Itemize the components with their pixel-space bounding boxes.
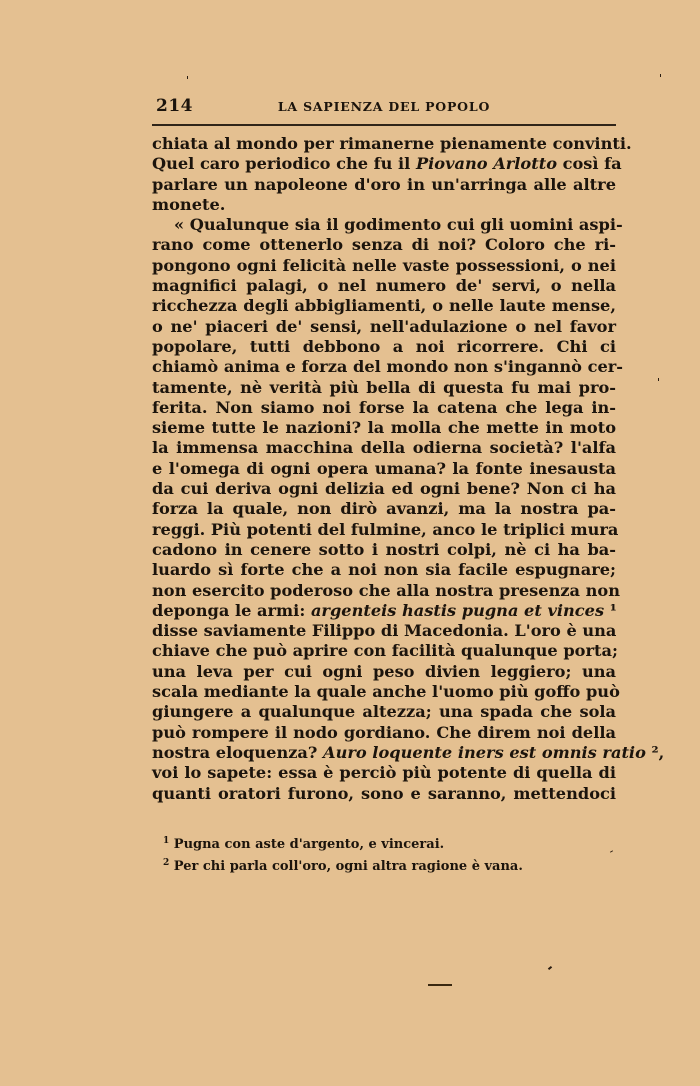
text-line: sieme tutte le nazioni? la molla che met…: [152, 418, 616, 438]
text-line: una leva per cui ogni peso divien leggie…: [152, 662, 616, 682]
text-line: chiamò anima e forza del mondo non s'ing…: [152, 357, 616, 377]
text-line: disse saviamente Filippo di Macedonia. L…: [152, 621, 616, 641]
text-line: scala mediante la quale anche l'uomo più…: [152, 682, 616, 702]
text-line: da cui deriva ogni delizia ed ogni bene?…: [152, 479, 616, 499]
footnote: 2 Per chi parla coll'oro, ogni altra rag…: [163, 854, 523, 876]
text-line: chiata al mondo per rimanerne pienamente…: [152, 134, 616, 154]
text-line: Quel caro periodico che fu il Piovano Ar…: [152, 154, 616, 174]
text-line: rano come ottenerlo senza di noi? Coloro…: [152, 235, 616, 255]
text-line: ricchezza degli abbigliamenti, o nelle l…: [152, 296, 616, 316]
text-line: può rompere il nodo gordiano. Che direm …: [152, 723, 616, 743]
latin-quote: Piovano Arlotto: [416, 154, 557, 173]
text-line: forza la quale, non dirò avanzi, ma la n…: [152, 499, 616, 519]
speck-mark: [610, 850, 613, 852]
body-text: chiata al mondo per rimanerne pienamente…: [152, 134, 616, 804]
running-head: 214 LA SAPIENZA DEL POPOLO: [152, 96, 616, 120]
speck-mark: [660, 74, 661, 77]
text-line: la immensa macchina della odierna societ…: [152, 438, 616, 458]
footnote-marker: 1: [163, 836, 169, 846]
latin-quote: Auro loquente iners est omnis ratio: [323, 743, 646, 762]
footnote-marker: 2: [163, 858, 169, 868]
text-line: nostra eloquenza? Auro loquente iners es…: [152, 743, 616, 763]
text-line: luardo sì forte che a noi non sia facile…: [152, 560, 616, 580]
header-rule: [152, 124, 616, 126]
speck-mark: [548, 966, 552, 970]
footnote: 1 Pugna con aste d'argento, e vincerai.: [163, 832, 523, 854]
book-page: 214 LA SAPIENZA DEL POPOLO chiata al mon…: [152, 96, 616, 804]
text-line: giungere a qualunque altezza; una spada …: [152, 702, 616, 722]
text-line: parlare un napoleone d'oro in un'arringa…: [152, 175, 616, 195]
text-line: tamente, nè verità più bella di questa f…: [152, 378, 616, 398]
text-line: reggi. Più potenti del fulmine, anco le …: [152, 520, 616, 540]
text-line: non esercito poderoso che alla nostra pr…: [152, 581, 616, 601]
text-line: voi lo sapete: essa è perciò più potente…: [152, 763, 616, 783]
speck-mark: [187, 76, 188, 79]
latin-quote: argenteis hastis pugna et vinces: [311, 601, 604, 620]
text-line: cadono in cenere sotto i nostri colpi, n…: [152, 540, 616, 560]
text-line: popolare, tutti debbono a noi ricorrere.…: [152, 337, 616, 357]
text-line: quanti oratori furono, sono e saranno, m…: [152, 784, 616, 804]
text-line: pongono ogni felicità nelle vaste posses…: [152, 256, 616, 276]
footnotes: 1 Pugna con aste d'argento, e vincerai.2…: [163, 832, 523, 876]
speck-mark: [658, 378, 659, 381]
text-line: o ne' piaceri de' sensi, nell'adulazione…: [152, 317, 616, 337]
text-line: magnifici palagi, o nel numero de' servi…: [152, 276, 616, 296]
bottom-dash-mark: [428, 984, 452, 986]
text-line: e l'omega di ogni opera umana? la fonte …: [152, 459, 616, 479]
text-line: chiave che può aprire con facilità qualu…: [152, 641, 616, 661]
text-line: monete.: [152, 195, 616, 215]
running-title: LA SAPIENZA DEL POPOLO: [152, 99, 616, 114]
text-line: ferita. Non siamo noi forse la catena ch…: [152, 398, 616, 418]
text-line: « Qualunque sia il godimento cui gli uom…: [152, 215, 616, 235]
text-line: deponga le armi: argenteis hastis pugna …: [152, 601, 616, 621]
